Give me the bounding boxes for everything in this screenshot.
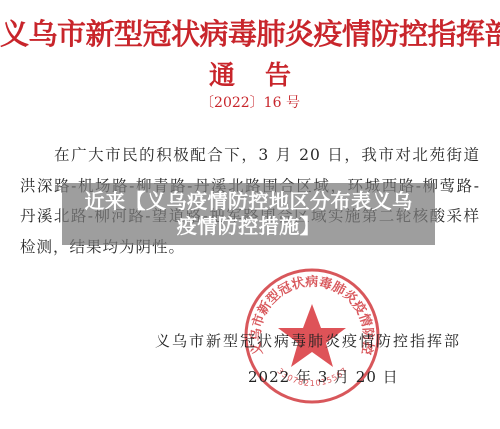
signature-organization: 义乌市新型冠状病毒肺炎疫情防控指挥部 <box>155 330 461 351</box>
caption-overlay: 近来【义乌疫情防控地区分布表义乌 疫情防控措施】 <box>62 183 435 245</box>
caption-line-1: 近来【义乌疫情防控地区分布表义乌 <box>85 189 413 214</box>
caption-line-2: 疫情防控措施】 <box>177 214 321 239</box>
document-number: 〔2022〕16 号 <box>0 92 500 112</box>
document-type: 通告 <box>0 55 500 92</box>
issuer-title: 义乌市新型冠状病毒肺炎疫情防控指挥部 <box>0 12 500 53</box>
signature-date: 2022 年 3 月 20 日 <box>248 366 399 387</box>
